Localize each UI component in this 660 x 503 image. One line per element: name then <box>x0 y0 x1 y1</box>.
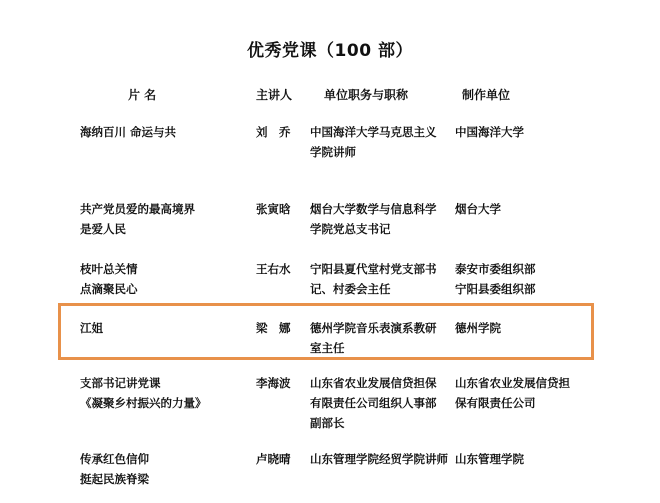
row-speaker: 李海波 <box>256 373 291 393</box>
row-producer: 德州学院 <box>455 318 501 338</box>
column-header-title: 片 名 <box>128 86 156 103</box>
column-header-speaker: 主讲人 <box>256 86 292 103</box>
row-position: 德州学院音乐表演系教研 室主任 <box>310 318 437 358</box>
row-speaker: 卢晓晴 <box>256 449 291 469</box>
row-position: 中国海洋大学马克思主义 学院讲师 <box>310 122 437 162</box>
row-producer: 泰安市委组织部 宁阳县委组织部 <box>455 259 536 299</box>
row-position: 山东管理学院经贸学院讲师 <box>310 449 448 469</box>
row-speaker: 王右水 <box>256 259 291 279</box>
row-title: 海纳百川 命运与共 <box>80 122 176 142</box>
row-position: 宁阳县夏代堂村党支部书 记、村委会主任 <box>310 259 437 299</box>
row-title: 枝叶总关情 点滴聚民心 <box>80 259 138 299</box>
row-speaker: 刘 乔 <box>256 122 291 142</box>
column-header-position: 单位职务与职称 <box>324 86 408 103</box>
row-position: 烟台大学数学与信息科学 学院党总支书记 <box>310 199 437 239</box>
row-title: 支部书记讲党课 《凝聚乡村振兴的力量》 <box>80 373 207 413</box>
row-producer: 烟台大学 <box>455 199 501 219</box>
row-producer: 山东管理学院 <box>455 449 524 469</box>
row-title: 江姐 <box>80 318 103 338</box>
row-title: 共产党员爱的最高境界 是爱人民 <box>80 199 195 239</box>
row-speaker: 张寅晗 <box>256 199 291 219</box>
row-title: 传承红色信仰 挺起民族脊梁 <box>80 449 149 489</box>
row-position: 山东省农业发展信贷担保 有限责任公司组织人事部 副部长 <box>310 373 437 433</box>
row-speaker: 梁 娜 <box>256 318 291 338</box>
row-producer: 山东省农业发展信贷担 保有限责任公司 <box>455 373 570 413</box>
row-producer: 中国海洋大学 <box>455 122 524 142</box>
column-header-producer: 制作单位 <box>462 86 510 103</box>
document-title: 优秀党课（100 部） <box>0 36 660 61</box>
